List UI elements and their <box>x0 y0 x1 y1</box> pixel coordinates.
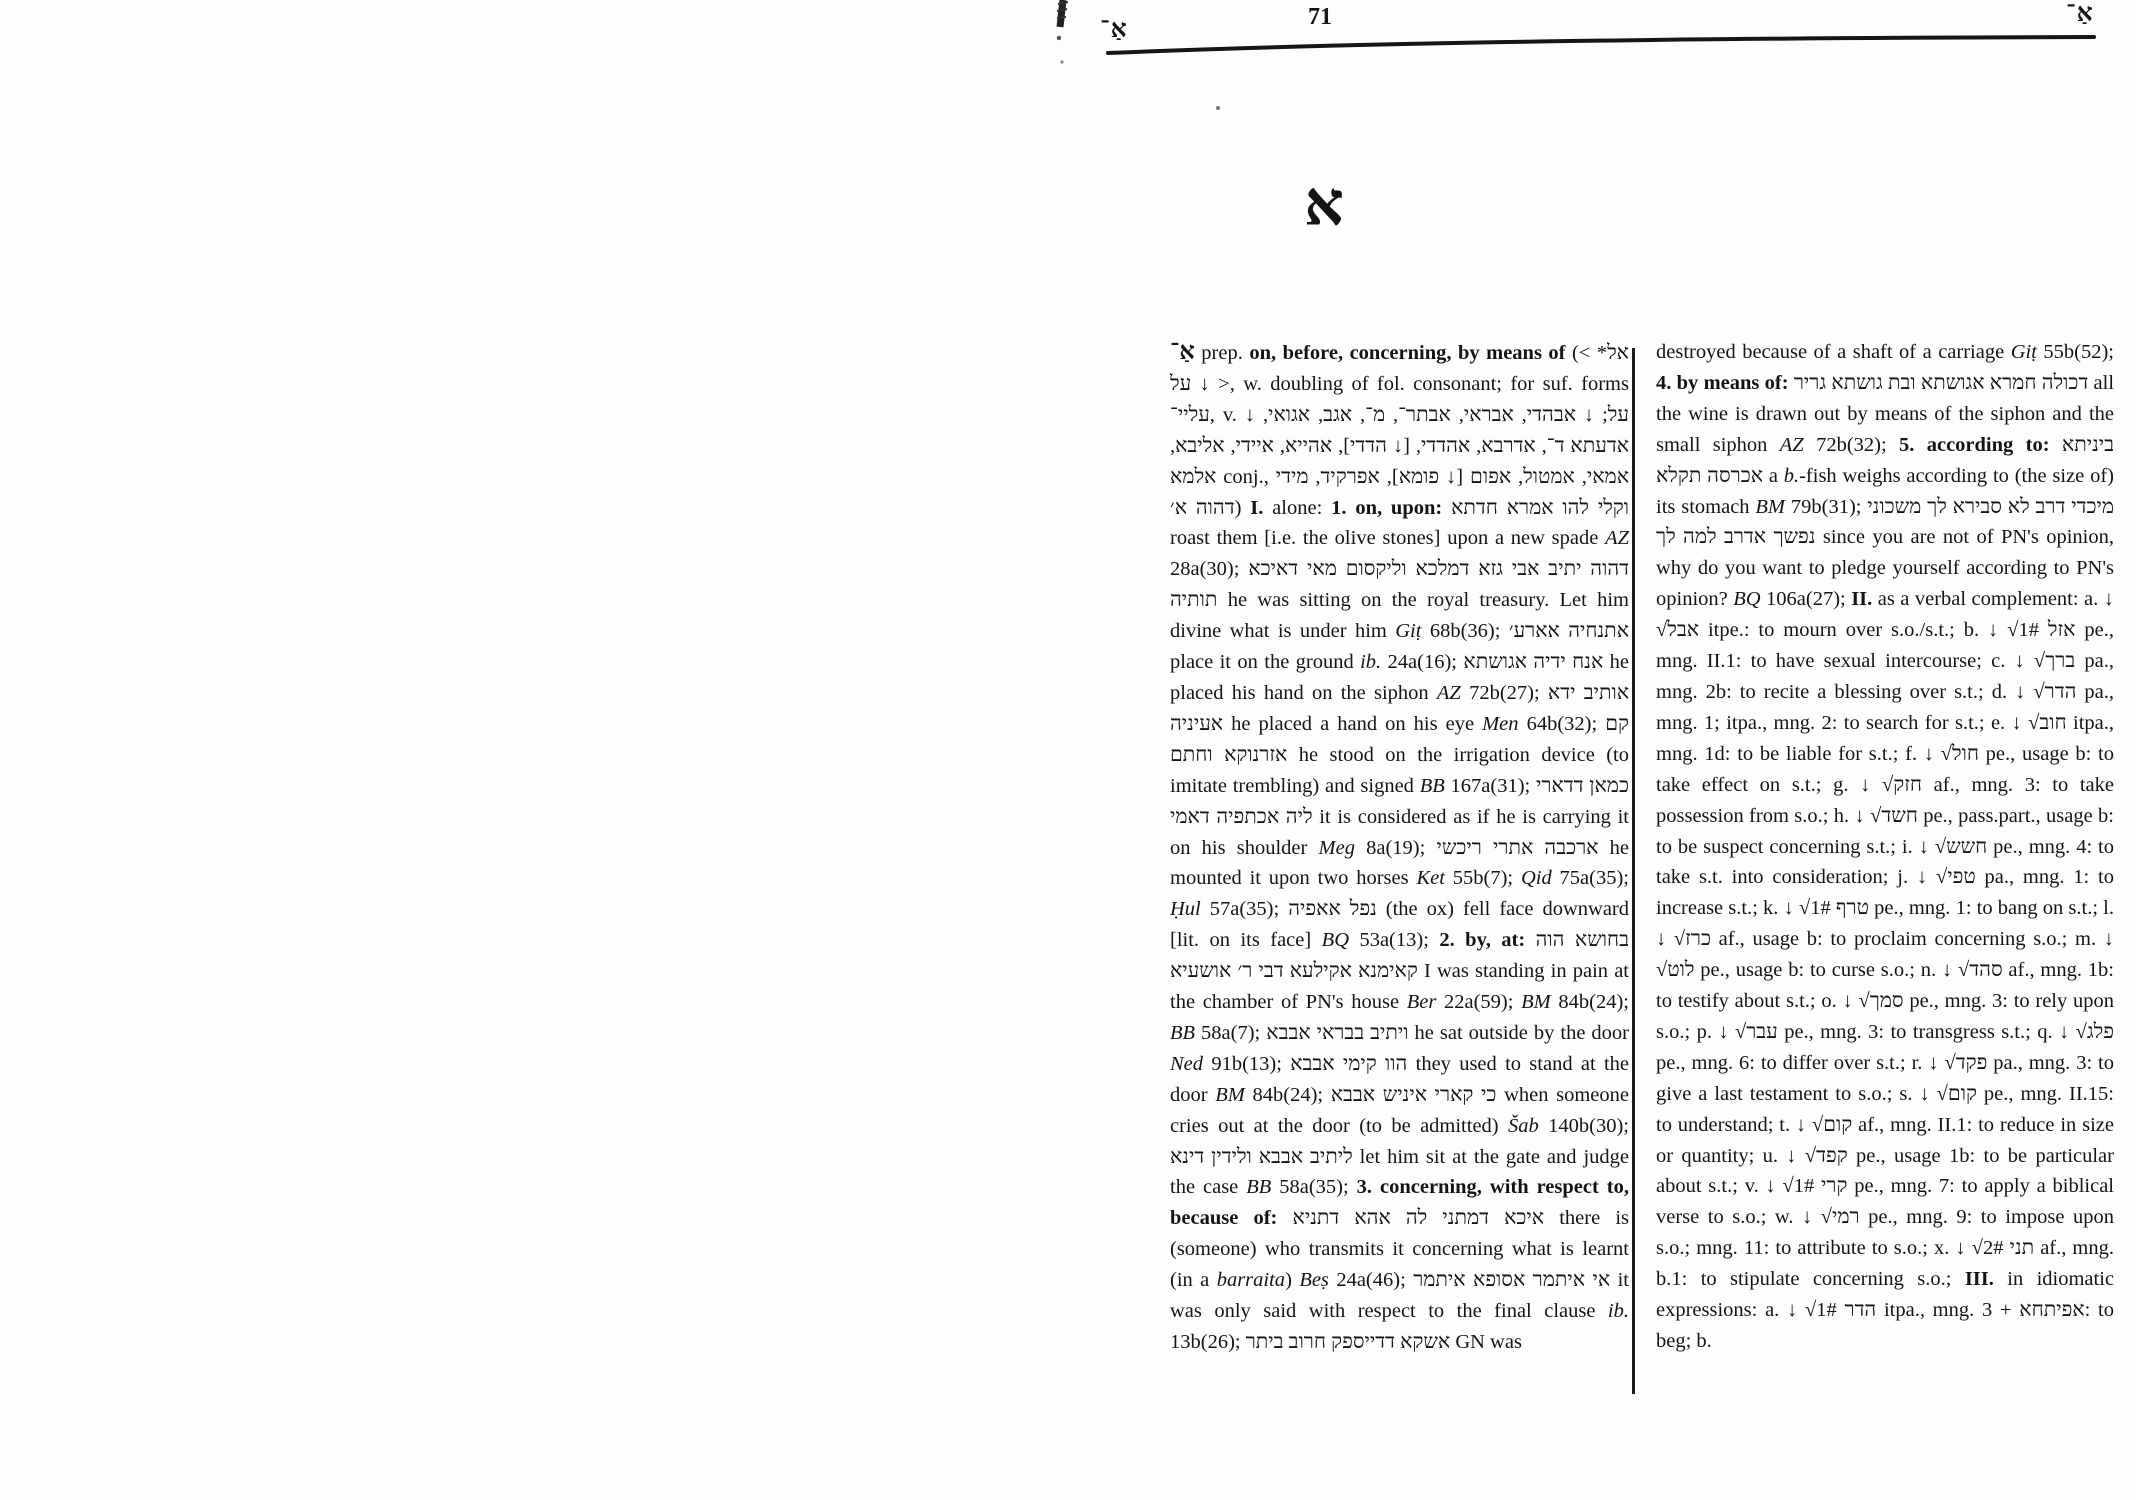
dust-speck-artifact <box>1216 106 1220 110</box>
text-run: as a verbal complement: a. ↓ √אבל itpe.:… <box>1656 588 2114 1290</box>
text-run: Meg <box>1319 837 1355 859</box>
text-run: BQ <box>1322 929 1349 951</box>
text-run: 1. on, upon: <box>1331 497 1442 519</box>
text-run: BB <box>1420 775 1445 797</box>
text-run: Ned <box>1170 1053 1203 1075</box>
text-run: prep. <box>1195 342 1250 364</box>
text-run: Giṭ <box>2011 341 2037 363</box>
text-run: ib. <box>1608 1300 1629 1322</box>
text-run: 84b(24); <box>1551 991 1629 1013</box>
text-run: 106a(27); <box>1761 588 1852 610</box>
ink-smudge-artifact <box>1048 0 1078 86</box>
text-run: Ḥul <box>1170 898 1201 920</box>
text-run: ) <box>1285 1269 1299 1291</box>
text-run: 5. according to: <box>1899 434 2050 456</box>
text-run: Giṭ <box>1395 620 1421 642</box>
text-run: destroyed because of a shaft of a carria… <box>1656 341 2011 363</box>
text-run: I. <box>1250 497 1263 519</box>
text-run: alone: <box>1263 497 1331 519</box>
text-run: אַ־ <box>1170 338 1195 365</box>
text-run: 55b(7); <box>1445 867 1521 889</box>
text-run: Ber <box>1407 991 1437 1013</box>
text-run: barraita <box>1217 1269 1285 1291</box>
text-run: Ket <box>1416 867 1444 889</box>
text-run: 2. by, at: <box>1439 929 1525 951</box>
text-run: 58a(7); ויתיב בבראי אבבא he sat outside … <box>1195 1022 1629 1044</box>
text-run: BQ <box>1733 588 1760 610</box>
text-run: BB <box>1170 1022 1195 1044</box>
text-run: (< אל* < ↓ על, w. doubling of fol. conso… <box>1170 342 1629 519</box>
running-head-right: אַ־ <box>2066 0 2094 28</box>
text-run: AZ <box>1605 527 1629 549</box>
text-run: 75a(35); <box>1552 867 1629 889</box>
text-run: 4. by means of: <box>1656 372 1789 394</box>
text-run: 22a(59); <box>1436 991 1521 1013</box>
text-run: Šab <box>1508 1115 1539 1137</box>
text-run: AZ <box>1437 682 1461 704</box>
text-run: 53a(13); <box>1349 929 1439 951</box>
text-run: ib. <box>1360 651 1381 673</box>
text-run: BM <box>1755 496 1785 518</box>
header-rule <box>1098 26 2102 62</box>
text-run: II. <box>1851 588 1872 610</box>
text-run: Men <box>1482 713 1518 735</box>
text-run: 72b(32); <box>1804 434 1899 456</box>
text-run: BM <box>1215 1084 1245 1106</box>
text-run: 13b(26); אשקא דדייספק חרוב ביתר GN was <box>1170 1331 1522 1353</box>
text-run: b. <box>1784 465 1799 487</box>
text-run: 55b(52); <box>2037 341 2114 363</box>
text-run: III. <box>1965 1268 1994 1290</box>
text-run: 58a(35); <box>1271 1176 1356 1198</box>
entry-left-column: אַ־ prep. on, before, concerning, by mea… <box>1170 337 1629 1358</box>
text-run: Qid <box>1521 867 1552 889</box>
text-run: on, before, concerning, by means of <box>1249 342 1565 364</box>
text-run: AZ <box>1780 434 1804 456</box>
section-letter-aleph: א <box>1292 172 1356 238</box>
text-run: BB <box>1246 1176 1271 1198</box>
text-run: BM <box>1521 991 1551 1013</box>
entry-right-column: destroyed because of a shaft of a carria… <box>1656 337 2114 1357</box>
column-divider <box>1632 348 1635 1394</box>
text-run: Beṣ <box>1299 1269 1329 1291</box>
